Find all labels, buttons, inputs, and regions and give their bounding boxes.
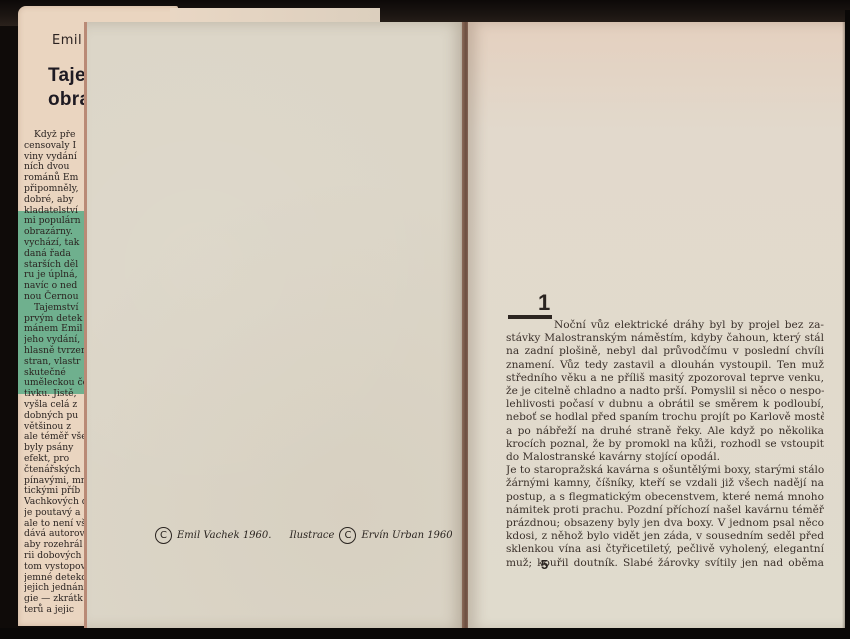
flap-blurb-line: dobré, aby (24, 195, 86, 206)
flap-blurb-line: čtenářských (24, 465, 86, 476)
flap-blurb-line: terů a jejic (24, 605, 86, 616)
flap-blurb-line: daná řada (24, 249, 86, 260)
text-line: znamení. Vůz tedy zastavil a dlouhán vys… (506, 359, 824, 372)
copyright-icon: C (155, 527, 172, 544)
chapter-number: 1 (538, 290, 550, 316)
text-line: Noční vůz elektrické dráhy byl by projel… (506, 319, 824, 332)
text-line: muž; kouřil doutník. Slabé žárovky svíti… (506, 557, 824, 570)
text-line: Je to staropražská kavárna s ošuntělými … (506, 464, 824, 477)
copyright-line: C Emil Vachek 1960. Ilustrace C Ervín Ur… (155, 527, 453, 544)
text-line: do Malostranské kavárny stojící opodál. (506, 451, 824, 464)
left-page: C Emil Vachek 1960. Ilustrace C Ervín Ur… (84, 22, 466, 630)
author-credit: Emil Vachek 1960. (177, 530, 271, 541)
chapter-text: Noční vůz elektrické dráhy byl by projel… (506, 319, 824, 570)
flap-blurb: Když přecensovaly Iviny vydáníních dvour… (24, 130, 86, 616)
text-line: krocích poznal, že by promokl na kůži, r… (506, 438, 824, 451)
book-scan: Emil Tajem obra: Když přecensovaly Iviny… (0, 0, 850, 639)
page-number: 5 (541, 557, 548, 572)
text-line: žárnými kamny, číšníky, kteří se vzdali … (506, 477, 824, 490)
text-line: sklenkou vína asi čtyřicetiletý, pečlivě… (506, 543, 824, 556)
background-bottom (0, 628, 850, 639)
flap-author: Emil (52, 33, 82, 48)
background-right (845, 10, 850, 630)
text-line: postup, a s flegmatickým obecenstvem, kt… (506, 491, 824, 504)
text-line: kdosi, z něhož bylo vidět jen záda, v so… (506, 530, 824, 543)
text-line: námitek proti prachu. Pozdní příchozí na… (506, 504, 824, 517)
right-page: 1 Noční vůz elektrické dráhy byl by proj… (468, 22, 846, 630)
text-line: prázdnou; obsazeny byly jen dva boxy. V … (506, 517, 824, 530)
text-line: že je citelně chladno a nadto prší. Pomy… (506, 385, 824, 398)
flap-blurb-line: dobných pu (24, 411, 86, 422)
copyright-icon: C (339, 527, 356, 544)
text-line: lehlivosti počasí v dubnu a obrátil se s… (506, 398, 824, 411)
flap-blurb-line: Tajemství (24, 303, 86, 314)
text-line: a po nábřeží na druhé straně řeky. Ale k… (506, 425, 824, 438)
text-line: neboť se hodlal před spaním trochu projí… (506, 411, 824, 424)
text-line: na zadní plošině, nebyl dal průvodčímu v… (506, 345, 824, 358)
flap-blurb-line: censovaly I (24, 141, 86, 152)
text-line: středního věku a ne příliš masitý zpozor… (506, 372, 824, 385)
text-line: stávky Malostranským náměstím, kdyby čah… (506, 332, 824, 345)
illustrator-credit: Ervín Urban 1960 (361, 530, 452, 541)
flap-blurb-line: stran, vlastr (24, 357, 86, 368)
illustration-label: Ilustrace (289, 530, 334, 541)
